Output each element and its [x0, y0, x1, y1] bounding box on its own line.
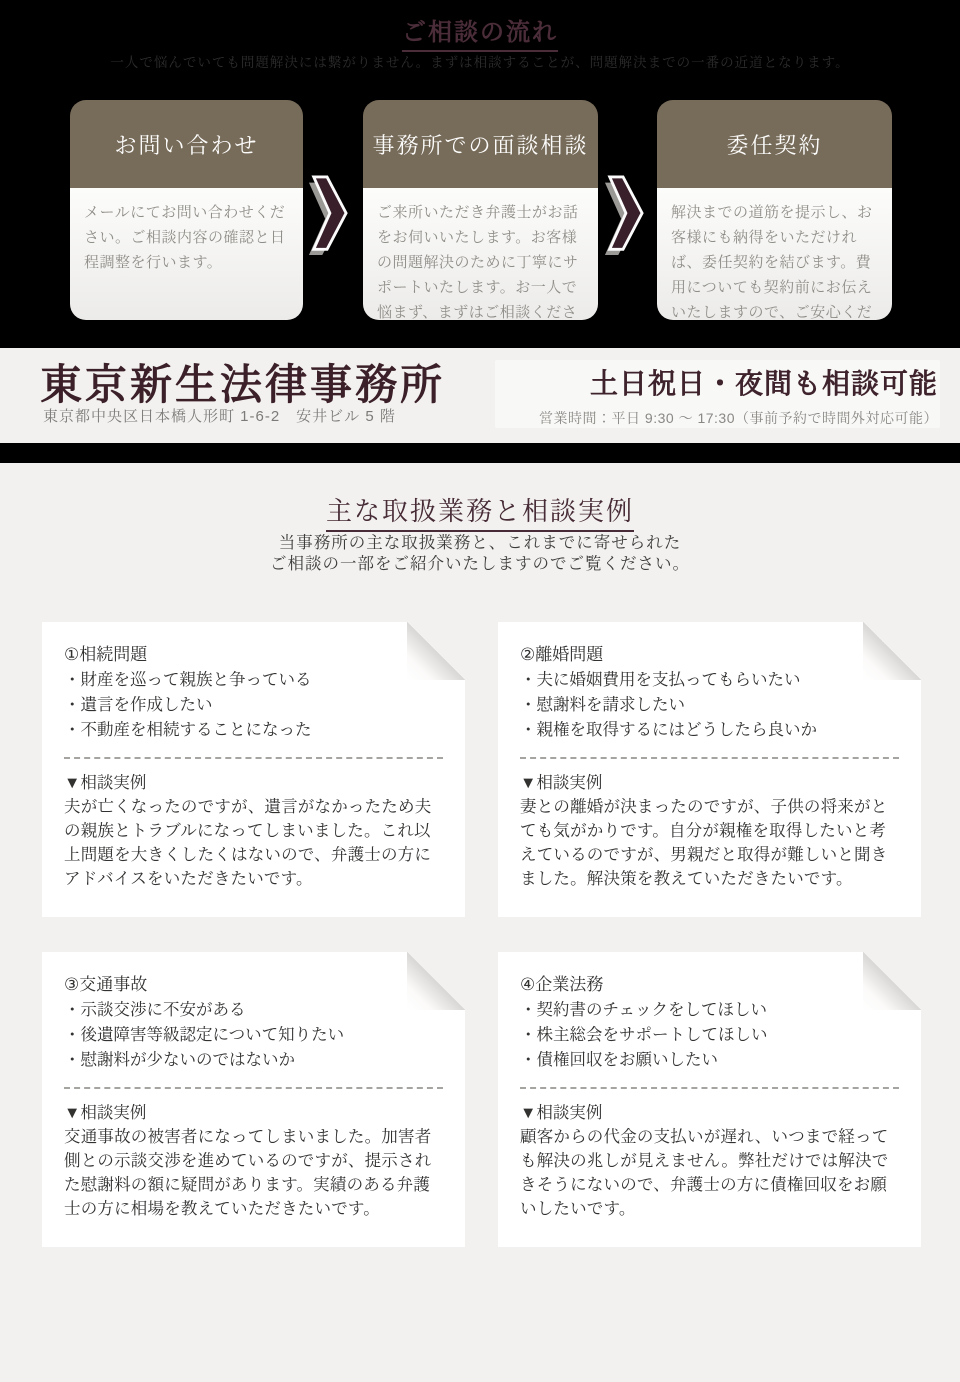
step-card-header: お問い合わせ: [70, 100, 303, 188]
flow-step-card-contact: お問い合わせ メールにてお問い合わせください。ご相談内容の確認と日程調整を行いま…: [70, 100, 303, 320]
step-card-title: 委任契約: [726, 129, 822, 160]
step-card-body: 解決までの道筋を提示し、お客様にも納得をいただければ、委任契約を結びます。費用に…: [657, 188, 892, 320]
service-card-title: ①相続問題: [64, 642, 443, 668]
dashed-divider: [64, 757, 443, 759]
services-title-text: 主な取扱業務と相談実例: [326, 491, 634, 532]
example-label: ▼相談実例: [64, 771, 443, 795]
service-bullet: ・遺言を作成したい: [64, 693, 443, 718]
folded-corner: [407, 622, 465, 680]
office-address: 東京都中央区日本橋人形町 1-6-2 安井ビル 5 階: [43, 405, 396, 426]
dashed-divider: [64, 1087, 443, 1089]
step-card-body: メールにてお問い合わせください。ご相談内容の確認と日程調整を行います。: [70, 188, 303, 320]
services-section-title: 主な取扱業務と相談実例: [0, 491, 960, 532]
service-bullet: ・契約書のチェックをしてほしい: [520, 998, 899, 1023]
service-bullet: ・後遺障害等級認定について知りたい: [64, 1023, 443, 1048]
service-bullet: ・株主総会をサポートしてほしい: [520, 1023, 899, 1048]
office-band: 東京新生法律事務所 東京都中央区日本橋人形町 1-6-2 安井ビル 5 階 土日…: [0, 348, 960, 443]
service-bullet: ・示談交渉に不安がある: [64, 998, 443, 1023]
flow-title-text: ご相談の流れ: [402, 12, 558, 52]
service-bullet: ・慰謝料が少ないのではないか: [64, 1048, 443, 1073]
flow-step-card-contract: 委任契約 解決までの道筋を提示し、お客様にも納得をいただければ、委任契約を結びま…: [657, 100, 892, 320]
step-card-title: 事務所での面談相談: [372, 129, 588, 160]
service-card-title: ④企業法務: [520, 972, 899, 998]
business-hours: 営業時間：平日 9:30 ～ 17:30（事前予約で時間外対応可能）: [495, 408, 938, 428]
folded-corner: [863, 952, 921, 1010]
services-section: 主な取扱業務と相談実例 当事務所の主な取扱業務と、これまでに寄せられた ご相談の…: [0, 463, 960, 1382]
folded-corner: [863, 622, 921, 680]
step-card-header: 事務所での面談相談: [363, 100, 598, 188]
folded-corner: [407, 952, 465, 1010]
services-subtitle-line2: ご相談の一部をご紹介いたしますのでご覧ください。: [0, 554, 960, 575]
page: ご相談の流れ 一人で悩んでいても問題解決には繋がりません。まずは相談することが、…: [0, 0, 960, 1382]
service-bullet: ・夫に婚姻費用を支払ってもらいたい: [520, 668, 899, 693]
example-text: 夫が亡くなったのですが、遺言がなかったため夫の親族とトラブルになってしまいました…: [64, 795, 443, 891]
service-bullet: ・親権を取得するにはどうしたら良いか: [520, 718, 899, 743]
chevron-right-icon: [305, 175, 351, 255]
office-name: 東京新生法律事務所: [40, 352, 445, 412]
step-card-header: 委任契約: [657, 100, 892, 188]
example-text: 妻との離婚が決まったのですが、子供の将来がとても気がかりです。自分が親権を取得し…: [520, 795, 899, 891]
example-text: 顧客からの代金の支払いが遅れ、いつまで経っても解決の兆しが見えません。弊社だけで…: [520, 1125, 899, 1221]
example-label: ▼相談実例: [520, 1101, 899, 1125]
example-label: ▼相談実例: [64, 1101, 443, 1125]
service-bullet: ・不動産を相続することになった: [64, 718, 443, 743]
example-text: 交通事故の被害者になってしまいました。加害者側との示談交渉を進めているのですが、…: [64, 1125, 443, 1221]
chevron-right-icon: [601, 175, 647, 255]
service-card-title: ②離婚問題: [520, 642, 899, 668]
step-card-title: お問い合わせ: [114, 129, 258, 160]
service-card-traffic-accident: ③交通事故 ・示談交渉に不安がある ・後遺障害等級認定について知りたい ・慰謝料…: [42, 952, 465, 1247]
service-card-title: ③交通事故: [64, 972, 443, 998]
flow-step-card-meeting: 事務所での面談相談 ご来所いただき弁護士がお話をお伺いいたします。お客様の問題解…: [363, 100, 598, 320]
services-subtitle-line1: 当事務所の主な取扱業務と、これまでに寄せられた: [0, 533, 960, 554]
service-bullet: ・債権回収をお願いしたい: [520, 1048, 899, 1073]
flow-subtitle: 一人で悩んでいても問題解決には繋がりません。まずは相談することが、問題解決までの…: [0, 51, 960, 71]
availability-box: 土日祝日・夜間も相談可能 営業時間：平日 9:30 ～ 17:30（事前予約で時…: [495, 360, 940, 428]
step-card-body: ご来所いただき弁護士がお話をお伺いいたします。お客様の問題解決のために丁寧にサポ…: [363, 188, 598, 320]
availability-title: 土日祝日・夜間も相談可能: [495, 362, 938, 402]
dashed-divider: [520, 757, 899, 759]
example-label: ▼相談実例: [520, 771, 899, 795]
service-card-divorce: ②離婚問題 ・夫に婚姻費用を支払ってもらいたい ・慰謝料を請求したい ・親権を取…: [498, 622, 921, 917]
dashed-divider: [520, 1087, 899, 1089]
services-subtitle: 当事務所の主な取扱業務と、これまでに寄せられた ご相談の一部をご紹介いたしますの…: [0, 533, 960, 575]
service-bullet: ・財産を巡って親族と争っている: [64, 668, 443, 693]
service-bullet: ・慰謝料を請求したい: [520, 693, 899, 718]
flow-section-title: ご相談の流れ: [0, 12, 960, 52]
service-card-corporate-law: ④企業法務 ・契約書のチェックをしてほしい ・株主総会をサポートしてほしい ・債…: [498, 952, 921, 1247]
service-card-inheritance: ①相続問題 ・財産を巡って親族と争っている ・遺言を作成したい ・不動産を相続す…: [42, 622, 465, 917]
